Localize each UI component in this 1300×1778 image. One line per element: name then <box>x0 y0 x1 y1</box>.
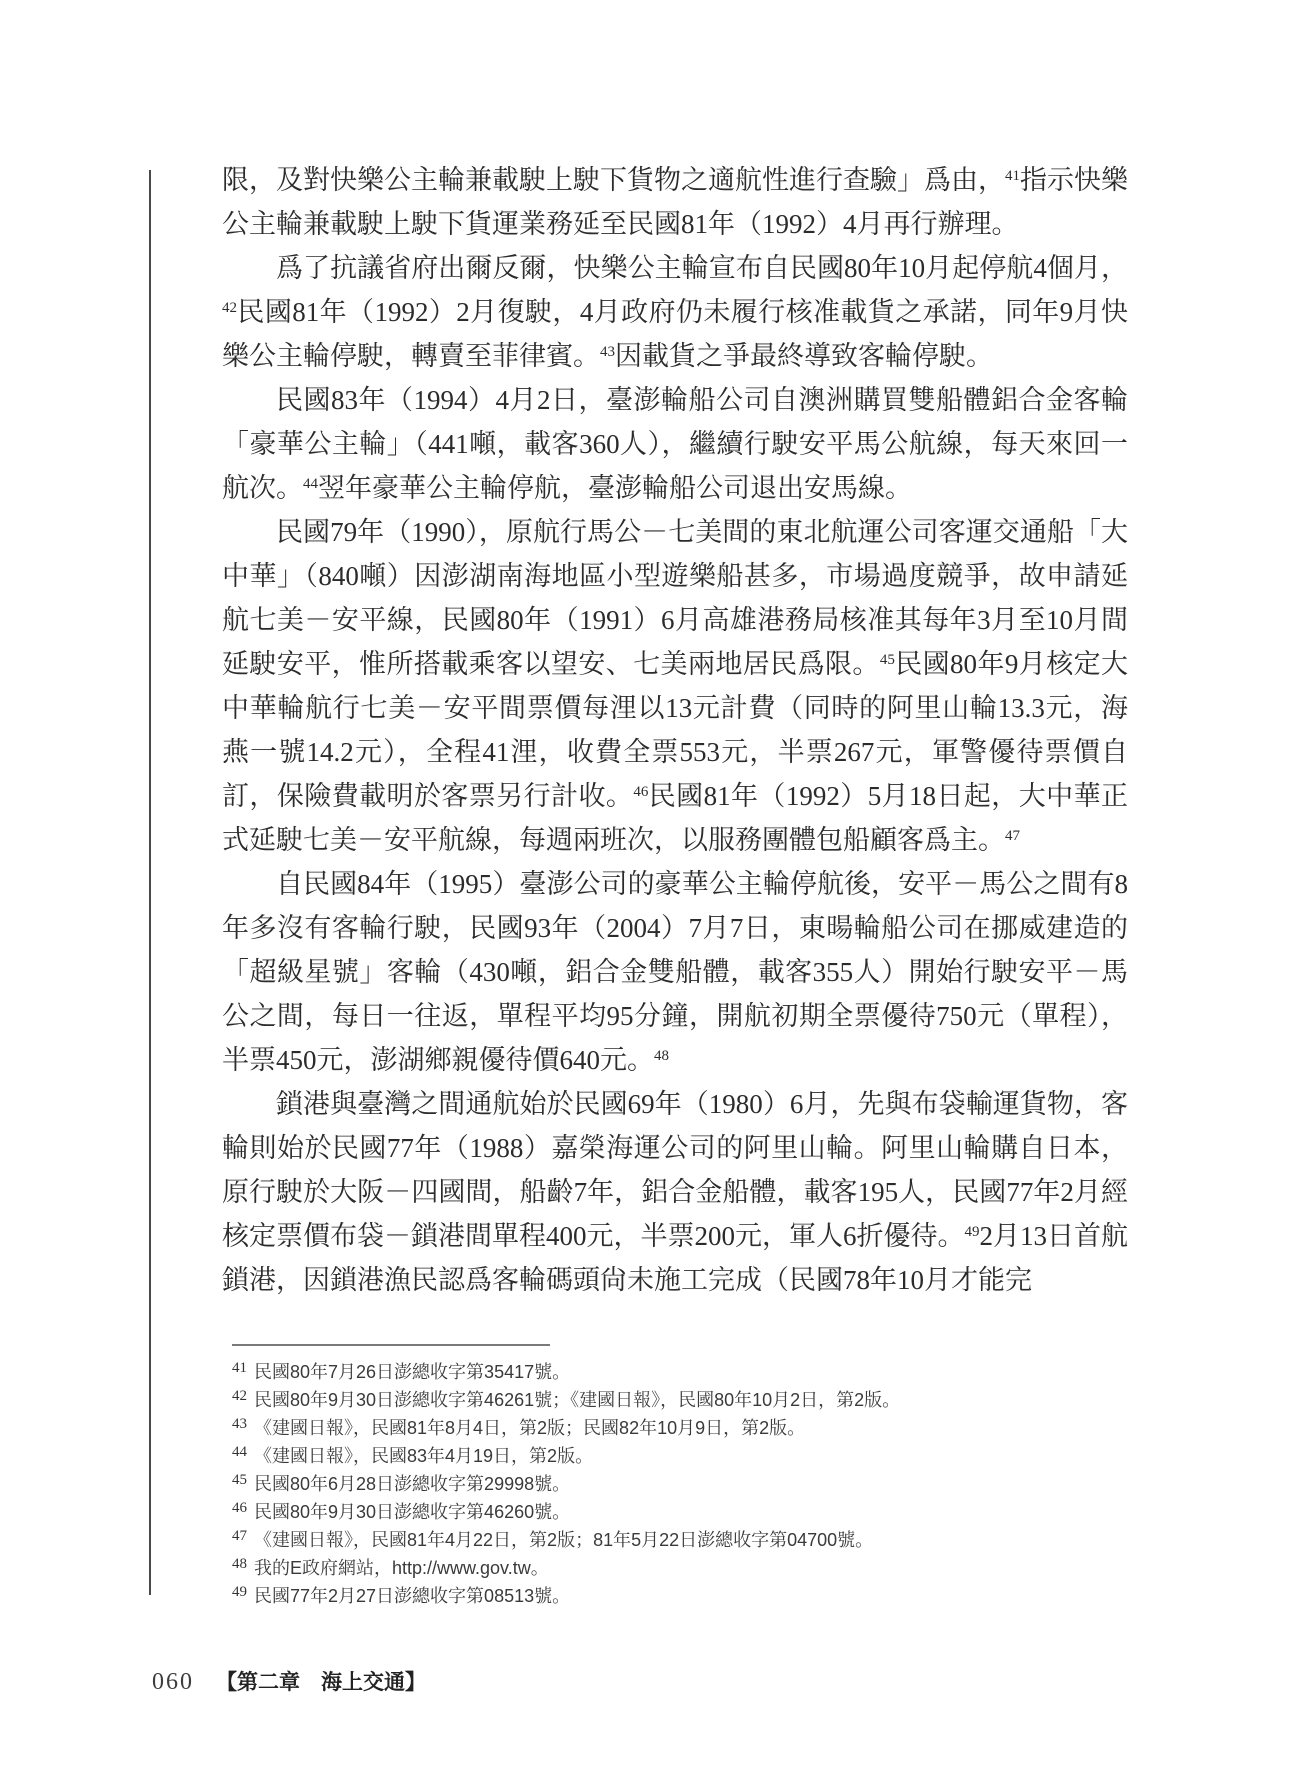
footnote-number: 42 <box>232 1388 247 1404</box>
page-number: 060 <box>152 1669 194 1695</box>
footnote-text: 《建國日報》，民國81年8月4日，第2版；民國82年10月9日，第2版。 <box>254 1418 805 1438</box>
chapter-title: 【第二章 海上交通】 <box>216 1670 426 1694</box>
book-page: 限，及對快樂公主輪兼載駛上駛下貨物之適航性進行查驗」爲由，41指示快樂公主輪兼載… <box>0 0 1300 1778</box>
footnote-number: 41 <box>232 1360 247 1376</box>
footnote-text: 民國80年7月26日澎總收字第35417號。 <box>254 1362 570 1382</box>
paragraph: 民國83年（1994）4月2日，臺澎輪船公司自澳洲購買雙船體鋁合金客輪「豪華公主… <box>222 378 1128 510</box>
footnote-text: 民國80年9月30日澎總收字第46260號。 <box>254 1502 570 1522</box>
footnote: 43《建國日報》，民國81年8月4日，第2版；民國82年10月9日，第2版。 <box>232 1414 1082 1442</box>
footnote-ref: 45 <box>880 652 895 668</box>
footnote-number: 46 <box>232 1500 247 1516</box>
footnote: 49民國77年2月27日澎總收字第08513號。 <box>232 1582 1082 1610</box>
footnote-ref: 47 <box>1005 828 1020 844</box>
paragraph: 限，及對快樂公主輪兼載駛上駛下貨物之適航性進行查驗」爲由，41指示快樂公主輪兼載… <box>222 158 1128 246</box>
paragraph: 爲了抗議省府出爾反爾，快樂公主輪宣布自民國80年10月起停航4個月，42民國81… <box>222 246 1128 378</box>
main-text: 限，及對快樂公主輪兼載駛上駛下貨物之適航性進行查驗」爲由，41指示快樂公主輪兼載… <box>222 158 1128 1302</box>
footnote-number: 44 <box>232 1444 247 1460</box>
footnote-number: 43 <box>232 1416 247 1432</box>
footnote-text: 民國80年9月30日澎總收字第46261號；《建國日報》，民國80年10月2日，… <box>254 1390 900 1410</box>
footnote: 42民國80年9月30日澎總收字第46261號；《建國日報》，民國80年10月2… <box>232 1386 1082 1414</box>
paragraph-text: 翌年豪華公主輪停航，臺澎輪船公司退出安馬線。 <box>318 473 912 503</box>
footnote-number: 49 <box>232 1584 247 1600</box>
footnote-ref: 42 <box>222 300 237 316</box>
footnote-text: 《建國日報》，民國81年4月22日，第2版；81年5月22日澎總收字第04700… <box>254 1530 873 1550</box>
footnote-ref: 41 <box>1005 168 1020 184</box>
footnote: 46民國80年9月30日澎總收字第46260號。 <box>232 1498 1082 1526</box>
footnote-number: 47 <box>232 1528 247 1544</box>
footnote-text: 《建國日報》，民國83年4月19日，第2版。 <box>254 1446 593 1466</box>
paragraph: 自民國84年（1995）臺澎公司的豪華公主輪停航後，安平－馬公之間有8年多沒有客… <box>222 862 1128 1082</box>
footnote-text: 民國77年2月27日澎總收字第08513號。 <box>254 1586 570 1606</box>
footnote-ref: 44 <box>303 476 318 492</box>
footnote-separator <box>232 1344 550 1346</box>
paragraph-text: 限，及對快樂公主輪兼載駛上駛下貨物之適航性進行查驗」爲由， <box>222 165 1005 195</box>
footnote-text: 民國80年6月28日澎總收字第29998號。 <box>254 1474 570 1494</box>
footnote-ref: 48 <box>654 1048 669 1064</box>
footnote-text: 我的E政府網站，http://www.gov.tw。 <box>254 1558 549 1578</box>
footnote-ref: 46 <box>633 784 648 800</box>
footnote: 47《建國日報》，民國81年4月22日，第2版；81年5月22日澎總收字第047… <box>232 1526 1082 1554</box>
left-margin-rule <box>149 170 151 1595</box>
paragraph-text: 爲了抗議省府出爾反爾，快樂公主輪宣布自民國80年10月起停航4個月， <box>276 253 1128 283</box>
footnote-ref: 49 <box>965 1224 980 1240</box>
footnote: 48我的E政府網站，http://www.gov.tw。 <box>232 1554 1082 1582</box>
paragraph: 鎖港與臺灣之間通航始於民國69年（1980）6月，先與布袋輸運貨物，客輪則始於民… <box>222 1082 1128 1302</box>
paragraph-text: 自民國84年（1995）臺澎公司的豪華公主輪停航後，安平－馬公之間有8年多沒有客… <box>222 869 1128 1075</box>
page-footer: 060 【第二章 海上交通】 <box>152 1666 426 1696</box>
footnotes: 41民國80年7月26日澎總收字第35417號。 42民國80年9月30日澎總收… <box>232 1358 1082 1610</box>
footnote: 45民國80年6月28日澎總收字第29998號。 <box>232 1470 1082 1498</box>
paragraph: 民國79年（1990），原航行馬公－七美間的東北航運公司客運交通船「大中華」（8… <box>222 510 1128 862</box>
paragraph-text: 因載貨之爭最終導致客輪停駛。 <box>615 341 993 371</box>
footnote: 44《建國日報》，民國83年4月19日，第2版。 <box>232 1442 1082 1470</box>
footnote-number: 48 <box>232 1556 247 1572</box>
footnote-ref: 43 <box>600 344 615 360</box>
footnote: 41民國80年7月26日澎總收字第35417號。 <box>232 1358 1082 1386</box>
footnote-number: 45 <box>232 1472 247 1488</box>
